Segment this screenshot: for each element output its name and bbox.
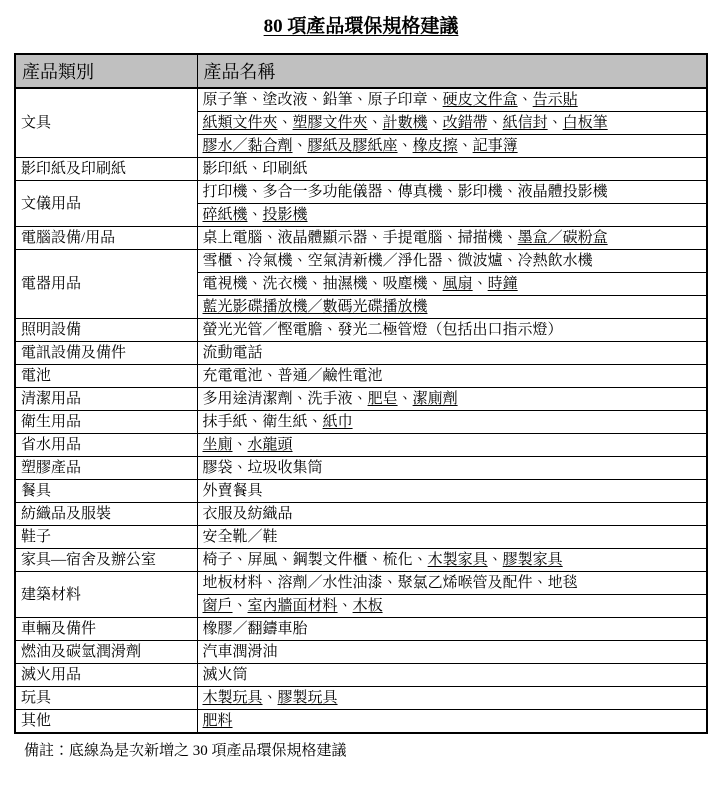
product-item: 普通／鹼性電池 (278, 368, 383, 384)
product-cell: 流動電話 (197, 342, 707, 365)
table-row: 塑膠產品膠袋、垃圾收集筒 (15, 457, 707, 480)
item-separator: 、 (278, 115, 293, 131)
product-cell: 影印紙、印刷紙 (197, 158, 707, 181)
product-cell: 紙類文件夾、塑膠文件夾、計數機、改錯帶、紙信封、白板筆 (197, 112, 707, 135)
product-item: 雪櫃 (203, 253, 233, 269)
category-cell: 省水用品 (15, 434, 197, 457)
product-item-new: 改錯帶 (443, 115, 488, 131)
item-separator: 、 (458, 138, 473, 154)
category-cell: 鞋子 (15, 526, 197, 549)
product-item: 橡膠／翻鑄車胎 (203, 621, 308, 637)
product-cell: 桌上電腦、液晶體顯示器、手提電腦、掃描機、墨盒／碳粉盒 (197, 227, 707, 250)
item-separator: 、 (233, 552, 248, 568)
product-cell: 多用途清潔劑、洗手液、肥皂、潔廁劑 (197, 388, 707, 411)
table-row: 電腦設備/用品桌上電腦、液晶體顯示器、手提電腦、掃描機、墨盒／碳粉盒 (15, 227, 707, 250)
product-item-new: 風扇 (443, 276, 473, 292)
table-row: 文儀用品打印機、多合一多功能儀器、傳真機、影印機、液晶體投影機 (15, 181, 707, 204)
table-row: 電器用品雪櫃、冷氣機、空氣清新機／淨化器、微波爐、冷熱飲水機 (15, 250, 707, 273)
item-separator: 、 (353, 92, 368, 108)
product-item: 塗改液 (263, 92, 308, 108)
item-separator: 、 (503, 184, 518, 200)
product-item: 原子筆 (203, 92, 248, 108)
item-separator: 、 (293, 253, 308, 269)
product-item-new: 肥皂 (368, 391, 398, 407)
product-item: 外賣餐具 (203, 483, 263, 499)
item-separator: 、 (308, 414, 323, 430)
product-item-new: 記事簿 (473, 138, 518, 154)
item-separator: 、 (473, 276, 488, 292)
item-separator: 、 (293, 138, 308, 154)
product-item: 液晶體投影機 (518, 184, 608, 200)
product-item-new: 水龍頭 (248, 437, 293, 453)
product-cell: 窗戶、室內牆面材料、木板 (197, 595, 707, 618)
product-item: 冷熱飲水機 (518, 253, 593, 269)
product-item: 掃描機 (458, 230, 503, 246)
product-item: 充電電池 (203, 368, 263, 384)
product-item: 汽車潤滑油 (203, 644, 278, 660)
item-separator: 、 (233, 437, 248, 453)
product-item-new: 窗戶 (203, 598, 233, 614)
product-item: 洗衣機 (263, 276, 308, 292)
product-item: 螢光光管／慳電膽 (203, 322, 323, 338)
product-cell: 橡膠／翻鑄車胎 (197, 618, 707, 641)
product-item: 冷氣機 (248, 253, 293, 269)
product-item-new: 碎紙機 (203, 207, 248, 223)
product-cell: 滅火筒 (197, 664, 707, 687)
item-separator: 、 (308, 92, 323, 108)
item-separator: 、 (518, 92, 533, 108)
item-separator: 、 (248, 184, 263, 200)
table-row: 衛生用品抹手紙、衛生紙、紙巾 (15, 411, 707, 434)
item-separator: 、 (263, 230, 278, 246)
table-header-row: 產品類別 產品名稱 (15, 54, 707, 88)
table-row: 建築材料地板材料、溶劑／水性油漆、聚氯乙烯喉管及配件、地毯 (15, 572, 707, 595)
product-item: 打印機 (203, 184, 248, 200)
product-item: 鉛筆 (323, 92, 353, 108)
item-separator: 、 (248, 207, 263, 223)
product-item: 抹手紙 (203, 414, 248, 430)
product-item-new: 木製玩具 (203, 690, 263, 706)
product-cell: 雪櫃、冷氣機、空氣清新機／淨化器、微波爐、冷熱飲水機 (197, 250, 707, 273)
product-cell: 打印機、多合一多功能儀器、傳真機、影印機、液晶體投影機 (197, 181, 707, 204)
category-cell: 餐具 (15, 480, 197, 503)
footnote: 備註：底線為是次新增之 30 項產品環保規格建議 (24, 739, 722, 760)
product-item: 流動電話 (203, 345, 263, 361)
item-separator: 、 (428, 115, 443, 131)
product-item-new: 塑膠文件夾 (293, 115, 368, 131)
products-table: 產品類別 產品名稱 文具原子筆、塗改液、鉛筆、原子印章、硬皮文件盒、告示貼紙類文… (14, 53, 708, 734)
product-cell: 膠袋、垃圾收集筒 (197, 457, 707, 480)
product-cell: 衣服及紡織品 (197, 503, 707, 526)
item-separator: 、 (398, 391, 413, 407)
table-row: 文具原子筆、塗改液、鉛筆、原子印章、硬皮文件盒、告示貼 (15, 88, 707, 112)
item-separator: 、 (233, 460, 248, 476)
product-item-new: 紙類文件夾 (203, 115, 278, 131)
product-cell: 抹手紙、衛生紙、紙巾 (197, 411, 707, 434)
product-item: 電視機 (203, 276, 248, 292)
product-item: 鋼製文件櫃 (293, 552, 368, 568)
item-separator: 、 (263, 368, 278, 384)
table-row: 其他肥料 (15, 710, 707, 734)
product-cell: 充電電池、普通／鹼性電池 (197, 365, 707, 388)
item-separator: 、 (368, 230, 383, 246)
table-row: 清潔用品多用途清潔劑、洗手液、肥皂、潔廁劑 (15, 388, 707, 411)
table-row: 電訊設備及備件流動電話 (15, 342, 707, 365)
category-cell: 車輛及備件 (15, 618, 197, 641)
product-item: 發光二極管燈（包括出口指示燈） (338, 322, 563, 338)
item-separator: 、 (323, 322, 338, 338)
item-separator: 、 (263, 690, 278, 706)
product-item: 空氣清新機／淨化器 (308, 253, 443, 269)
product-cell: 螢光光管／慳電膽、發光二極管燈（包括出口指示燈） (197, 319, 707, 342)
table-row: 滅火用品滅火筒 (15, 664, 707, 687)
product-item: 膠袋 (203, 460, 233, 476)
product-item: 液晶體顯示器 (278, 230, 368, 246)
product-cell: 藍光影碟播放機／數碼光碟播放機 (197, 296, 707, 319)
table-row: 省水用品坐廁、水龍頭 (15, 434, 707, 457)
table-row: 紡織品及服裝衣服及紡織品 (15, 503, 707, 526)
category-cell: 照明設備 (15, 319, 197, 342)
item-separator: 、 (443, 230, 458, 246)
product-item-new: 墨盒／碳粉盒 (518, 230, 608, 246)
item-separator: 、 (368, 552, 383, 568)
product-item: 溶劑／水性油漆 (278, 575, 383, 591)
item-separator: 、 (503, 230, 518, 246)
item-separator: 、 (443, 253, 458, 269)
item-separator: 、 (263, 575, 278, 591)
table-row: 電池充電電池、普通／鹼性電池 (15, 365, 707, 388)
product-item: 地板材料 (203, 575, 263, 591)
product-item-new: 膠水／黏合劑 (203, 138, 293, 154)
category-cell: 電腦設備/用品 (15, 227, 197, 250)
product-item-new: 紙信封 (503, 115, 548, 131)
item-separator: 、 (338, 598, 353, 614)
category-cell: 影印紙及印刷紙 (15, 158, 197, 181)
product-item-new: 紙巾 (323, 414, 353, 430)
item-separator: 、 (383, 575, 398, 591)
product-cell: 外賣餐具 (197, 480, 707, 503)
item-separator: 、 (443, 184, 458, 200)
category-cell: 建築材料 (15, 572, 197, 618)
product-item-new: 膠製玩具 (278, 690, 338, 706)
product-item: 椅子 (203, 552, 233, 568)
header-cell-product-name: 產品名稱 (197, 54, 707, 88)
category-cell: 文具 (15, 88, 197, 158)
product-item-new: 藍光影碟播放機／數碼光碟播放機 (203, 299, 428, 315)
product-item: 滅火筒 (203, 667, 248, 683)
product-item-new: 潔廁劑 (413, 391, 458, 407)
table-row: 餐具外賣餐具 (15, 480, 707, 503)
product-cell: 木製玩具、膠製玩具 (197, 687, 707, 710)
category-cell: 滅火用品 (15, 664, 197, 687)
category-cell: 玩具 (15, 687, 197, 710)
product-item: 影印紙 (203, 161, 248, 177)
product-cell: 坐廁、水龍頭 (197, 434, 707, 457)
product-item: 多合一多功能儀器 (263, 184, 383, 200)
item-separator: 、 (398, 138, 413, 154)
product-item: 微波爐 (458, 253, 503, 269)
product-item: 傳真機 (398, 184, 443, 200)
item-separator: 、 (503, 253, 518, 269)
category-cell: 家具—宿舍及辦公室 (15, 549, 197, 572)
product-cell: 汽車潤滑油 (197, 641, 707, 664)
table-body: 文具原子筆、塗改液、鉛筆、原子印章、硬皮文件盒、告示貼紙類文件夾、塑膠文件夾、計… (15, 88, 707, 733)
product-item-new: 膠紙及膠紙座 (308, 138, 398, 154)
product-item: 聚氯乙烯喉管及配件 (398, 575, 533, 591)
table-row: 家具—宿舍及辦公室椅子、屏風、鋼製文件櫃、梳化、木製家具、膠製家具 (15, 549, 707, 572)
category-cell: 電池 (15, 365, 197, 388)
item-separator: 、 (368, 115, 383, 131)
table-row: 鞋子安全靴／鞋 (15, 526, 707, 549)
product-item-new: 肥料 (203, 713, 233, 729)
item-separator: 、 (488, 552, 503, 568)
product-item: 梳化 (383, 552, 413, 568)
product-item: 衛生紙 (263, 414, 308, 430)
product-item: 屏風 (248, 552, 278, 568)
product-item-new: 白板筆 (563, 115, 608, 131)
product-item: 衣服及紡織品 (203, 506, 293, 522)
product-item: 桌上電腦 (203, 230, 263, 246)
table-row: 照明設備螢光光管／慳電膽、發光二極管燈（包括出口指示燈） (15, 319, 707, 342)
category-cell: 燃油及碳氫潤滑劑 (15, 641, 197, 664)
product-cell: 椅子、屏風、鋼製文件櫃、梳化、木製家具、膠製家具 (197, 549, 707, 572)
product-item: 原子印章 (368, 92, 428, 108)
product-cell: 安全靴／鞋 (197, 526, 707, 549)
item-separator: 、 (248, 414, 263, 430)
category-cell: 衛生用品 (15, 411, 197, 434)
item-separator: 、 (413, 552, 428, 568)
item-separator: 、 (248, 92, 263, 108)
item-separator: 、 (248, 161, 263, 177)
product-cell: 膠水／黏合劑、膠紙及膠紙座、橡皮擦、記事簿 (197, 135, 707, 158)
product-item-new: 時鐘 (488, 276, 518, 292)
product-cell: 地板材料、溶劑／水性油漆、聚氯乙烯喉管及配件、地毯 (197, 572, 707, 595)
product-cell: 原子筆、塗改液、鉛筆、原子印章、硬皮文件盒、告示貼 (197, 88, 707, 112)
product-cell: 碎紙機、投影機 (197, 204, 707, 227)
product-item: 地毯 (548, 575, 578, 591)
item-separator: 、 (428, 276, 443, 292)
product-item-new: 告示貼 (533, 92, 578, 108)
item-separator: 、 (233, 598, 248, 614)
product-item-new: 橡皮擦 (413, 138, 458, 154)
product-item: 吸塵機 (383, 276, 428, 292)
table-header: 產品類別 產品名稱 (15, 54, 707, 88)
item-separator: 、 (308, 276, 323, 292)
product-item-new: 投影機 (263, 207, 308, 223)
product-cell: 電視機、洗衣機、抽濕機、吸塵機、風扇、時鐘 (197, 273, 707, 296)
product-item: 多用途清潔劑 (203, 391, 293, 407)
product-item: 洗手液 (308, 391, 353, 407)
product-item: 垃圾收集筒 (248, 460, 323, 476)
product-item-new: 硬皮文件盒 (443, 92, 518, 108)
product-item-new: 計數機 (383, 115, 428, 131)
page-title: 80 項產品環保規格建議 (0, 11, 722, 38)
category-cell: 清潔用品 (15, 388, 197, 411)
product-item: 抽濕機 (323, 276, 368, 292)
item-separator: 、 (293, 391, 308, 407)
category-cell: 文儀用品 (15, 181, 197, 227)
item-separator: 、 (278, 552, 293, 568)
table-row: 車輛及備件橡膠／翻鑄車胎 (15, 618, 707, 641)
item-separator: 、 (548, 115, 563, 131)
product-item-new: 木製家具 (428, 552, 488, 568)
product-item-new: 木板 (353, 598, 383, 614)
item-separator: 、 (353, 391, 368, 407)
item-separator: 、 (233, 253, 248, 269)
product-cell: 肥料 (197, 710, 707, 734)
item-separator: 、 (368, 276, 383, 292)
header-cell-category: 產品類別 (15, 54, 197, 88)
category-cell: 電器用品 (15, 250, 197, 319)
item-separator: 、 (383, 184, 398, 200)
product-item-new: 膠製家具 (503, 552, 563, 568)
category-cell: 紡織品及服裝 (15, 503, 197, 526)
item-separator: 、 (488, 115, 503, 131)
product-item: 印刷紙 (263, 161, 308, 177)
table-row: 影印紙及印刷紙影印紙、印刷紙 (15, 158, 707, 181)
product-item: 手提電腦 (383, 230, 443, 246)
category-cell: 其他 (15, 710, 197, 734)
item-separator: 、 (248, 276, 263, 292)
item-separator: 、 (533, 575, 548, 591)
item-separator: 、 (428, 92, 443, 108)
product-item-new: 坐廁 (203, 437, 233, 453)
table-row: 玩具木製玩具、膠製玩具 (15, 687, 707, 710)
product-item-new: 室內牆面材料 (248, 598, 338, 614)
category-cell: 塑膠產品 (15, 457, 197, 480)
product-item: 影印機 (458, 184, 503, 200)
product-item: 安全靴／鞋 (203, 529, 278, 545)
table-row: 燃油及碳氫潤滑劑汽車潤滑油 (15, 641, 707, 664)
category-cell: 電訊設備及備件 (15, 342, 197, 365)
